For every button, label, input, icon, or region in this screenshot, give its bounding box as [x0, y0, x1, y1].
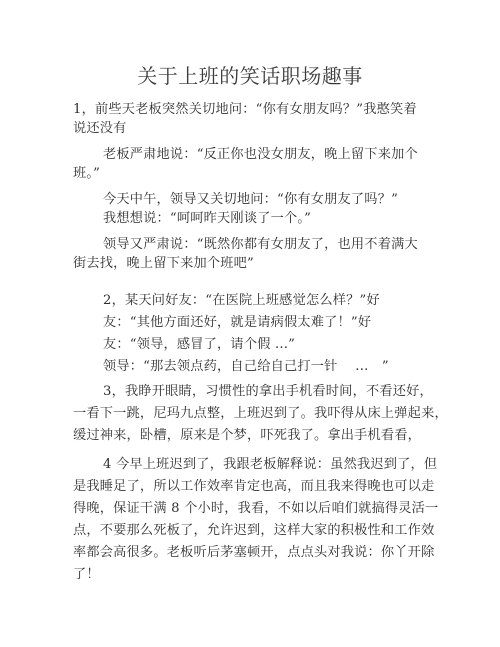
text-line: 缓过神来，卧槽，原来是个梦，吓死我了。拿出手机看看， [73, 424, 421, 443]
text-line: 班。” [73, 162, 100, 181]
text-line: 点，不要那么死板了，允许迟到，这样大家的积极性和工作效 [73, 519, 434, 538]
text-line: 老板严肃地说：“反正你也没女朋友，晚上留下来加个 [103, 143, 418, 162]
text-line: 一看下一跳，尼玛九点整，上班迟到了。我吓得从床上弹起来， [73, 402, 448, 421]
text-line: 2，某天问好友：“在医院上班感觉怎么样？”好 [103, 289, 380, 308]
text-line: 1，前些天老板突然关切地问：“你有女朋友吗？”我憨笑着 [73, 98, 417, 117]
text-line: 说还没有 [73, 117, 127, 136]
document-title: 关于上班的笑话职场趣事 [0, 60, 500, 89]
text-line: 4 今早上班迟到了，我跟老板解释说：虽然我迟到了，但 [103, 453, 437, 472]
text-line: 率都会高很多。老板听后茅塞顿开，点点头对我说：你丫开除 [73, 541, 434, 560]
text-line: 我想想说：“呵呵昨天刚谈了一个。” [103, 207, 311, 226]
text-line: 领导又严肃说：“既然你都有女朋友了，也用不着满大 [103, 233, 418, 252]
text-line: 友：“领导，感冒了，请个假 ...” [103, 333, 295, 352]
text-line: 得晚，保证干满 8 个小时，我看，不如以后咱们就搞得灵活一 [73, 497, 438, 516]
text-line: 了！ [73, 563, 100, 582]
text-line: 街去找，晚上留下来加个班吧” [73, 252, 254, 271]
text-line: 今天中午，领导又关切地问：“你有女朋友了吗？” [103, 188, 398, 207]
text-line: 领导：“那去领点药，自己给自己打一针 ... ” [103, 355, 389, 374]
text-line: 友：“其他方面还好，就是请病假太难了！”好 [103, 311, 371, 330]
text-line: 3，我睁开眼睛，习惯性的拿出手机看时间，不看还好， [103, 380, 433, 399]
text-line: 是我睡足了，所以工作效率肯定也高，而且我来得晚也可以走 [73, 475, 434, 494]
